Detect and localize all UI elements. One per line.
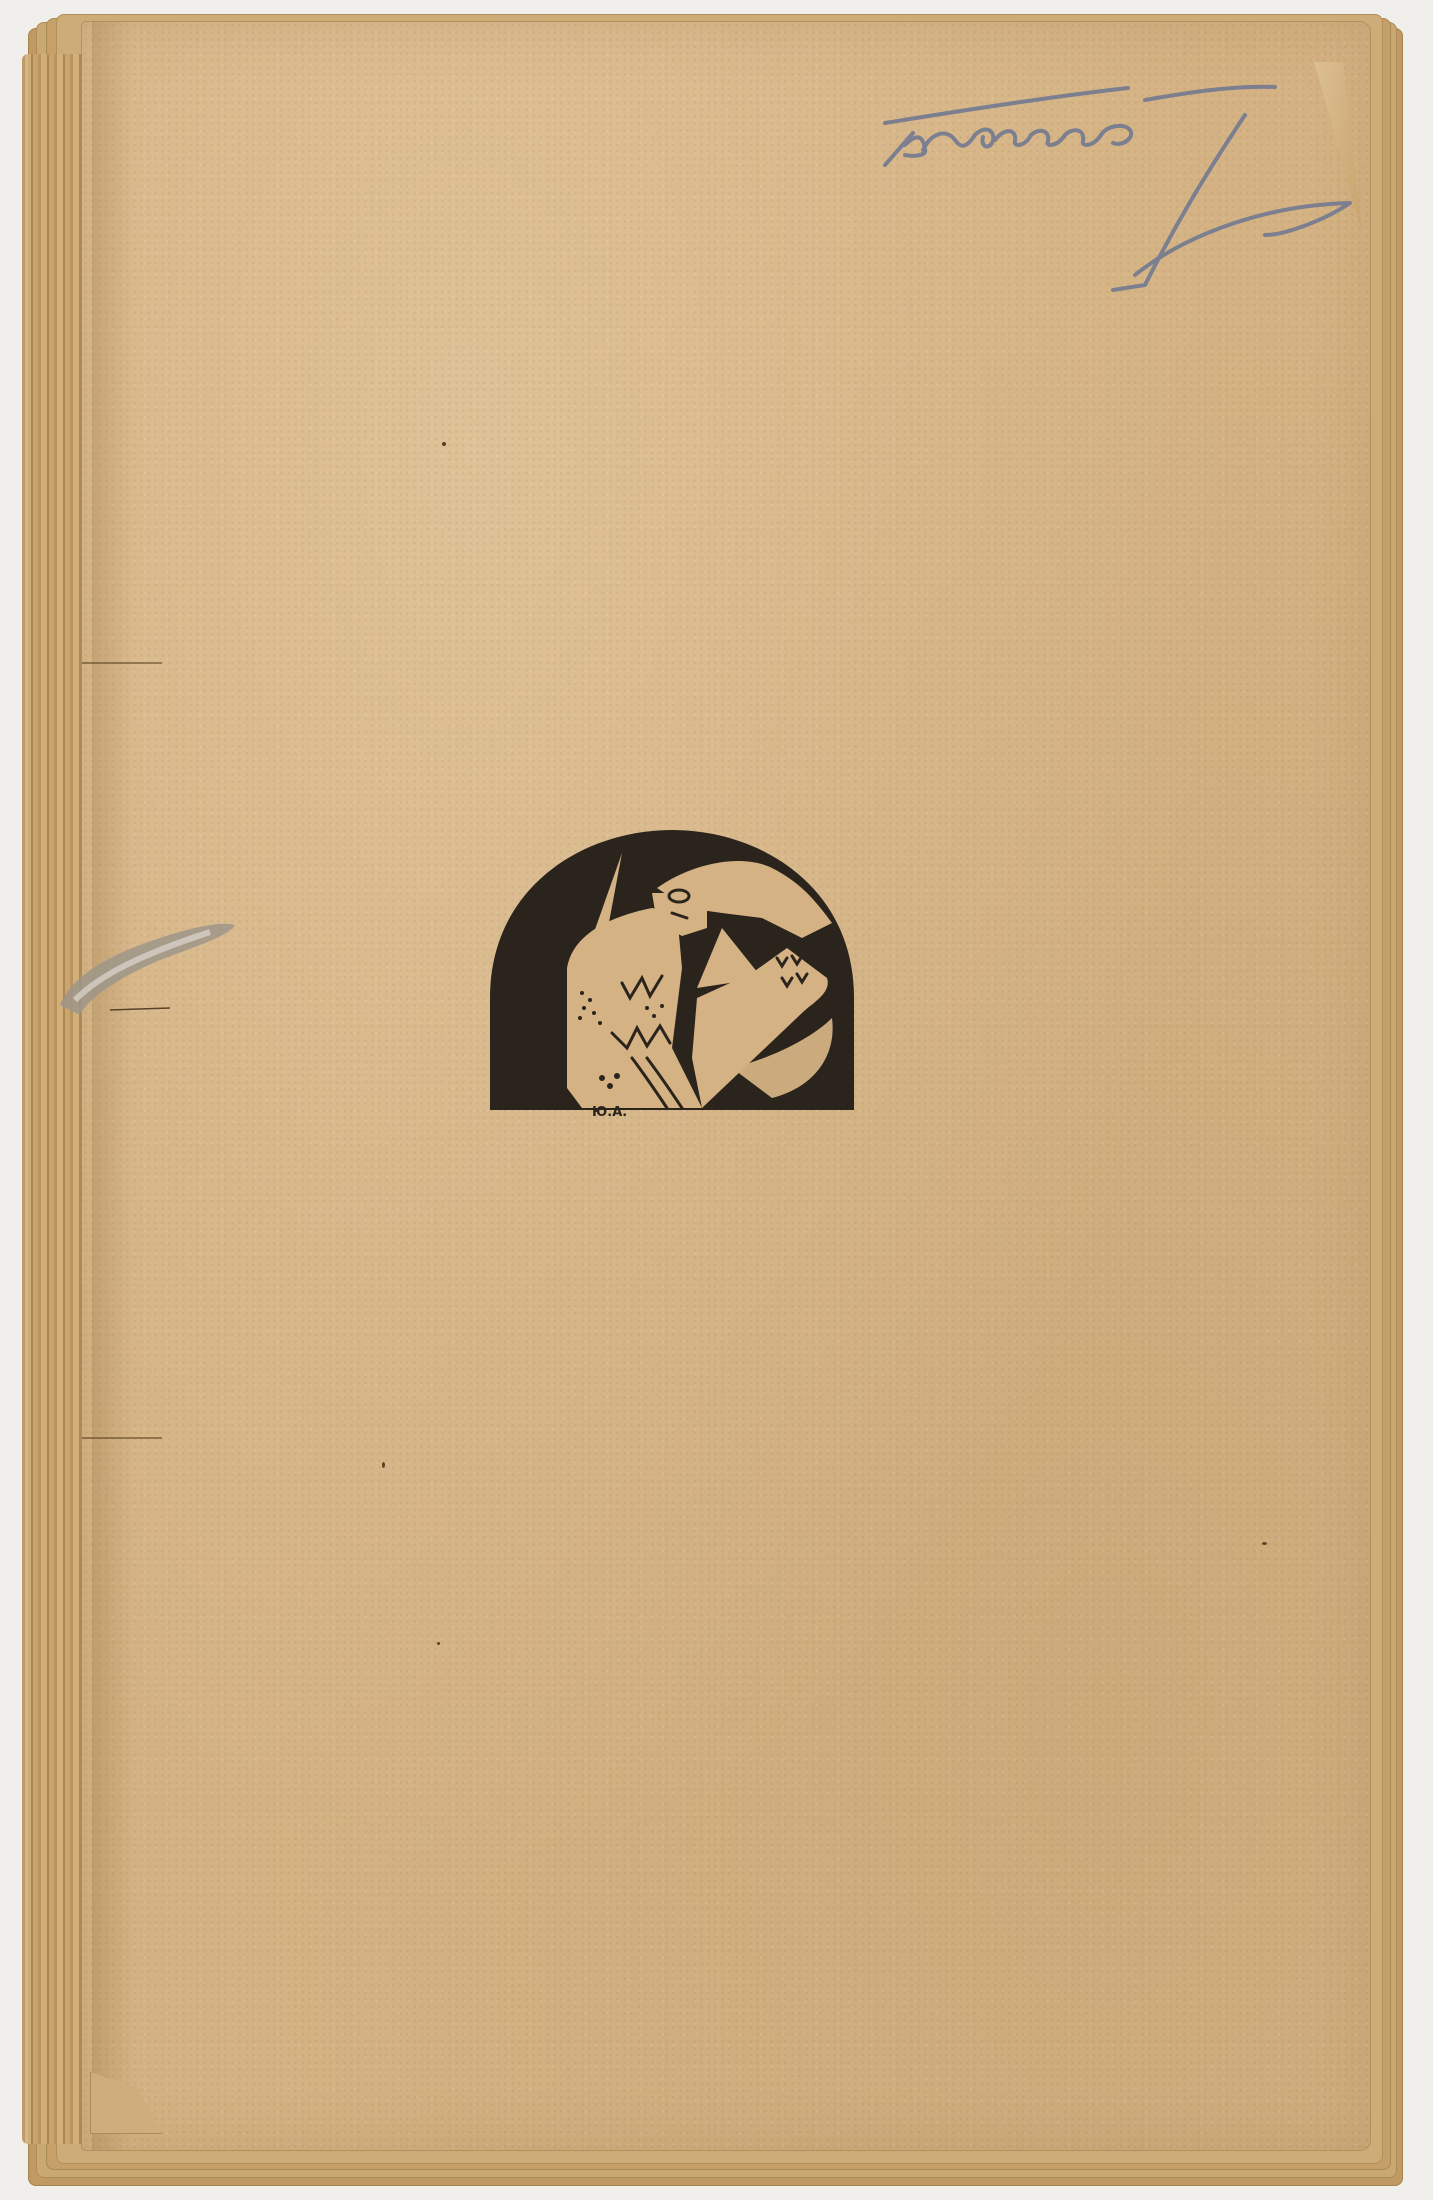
paper-speck — [442, 442, 446, 446]
paper-speck — [1262, 1542, 1267, 1545]
paper-speck — [382, 1462, 385, 1468]
paper-speck — [437, 1642, 440, 1645]
spine-crease — [92, 22, 132, 2150]
spine-page-edges — [22, 54, 84, 2144]
signature-text: Кочаленко — [845, 55, 935, 59]
binding-stitch — [82, 1437, 162, 1439]
binding-stitch — [82, 662, 162, 664]
woodcut-emblem — [472, 818, 872, 1118]
tape-repair — [30, 900, 240, 1020]
artist-monogram: Ю.А. — [592, 1105, 627, 1120]
pencil-signature: Кочаленко — [845, 55, 1355, 295]
